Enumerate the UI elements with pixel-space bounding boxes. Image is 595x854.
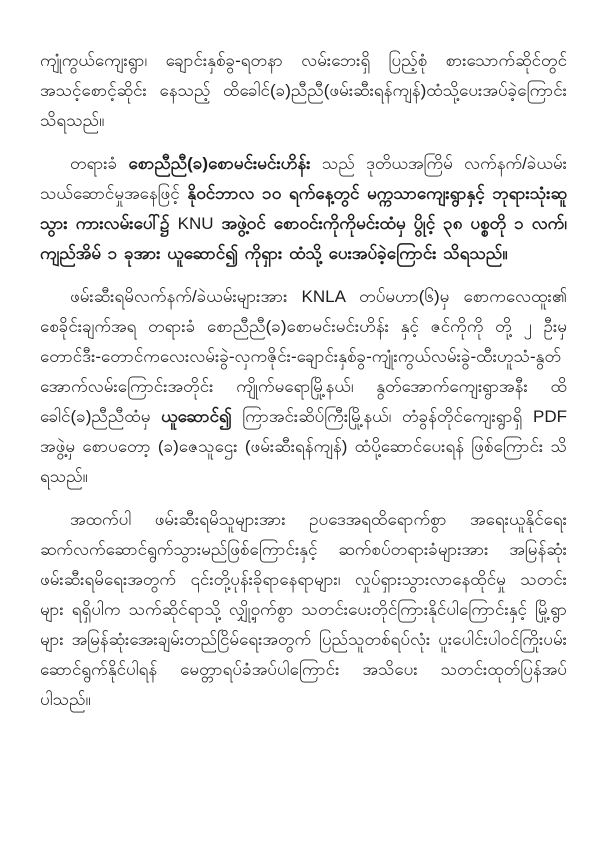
paragraph-1: ကျုံကွယ်ကျေးရွာ၊ ချောင်းနှစ်ခွ-ရတနာ လမ်း… bbox=[40, 46, 567, 136]
text-run: KNU bbox=[170, 214, 222, 233]
paragraph-2: တရားခံ စောညီညီ(ခ)စောမင်းမင်းဟိန်း သည် ဒု… bbox=[40, 149, 567, 269]
document-body: ကျုံကွယ်ကျေးရွာ၊ ချောင်းနှစ်ခွ-ရတနာ လမ်း… bbox=[40, 46, 567, 715]
text-run: ဖမ်းဆီးရမိလက်နက်/ခဲယမ်းများအား KNLA တပ်မ… bbox=[40, 287, 567, 426]
paragraph-4: အထက်ပါ ဖမ်းဆီးရမိသူများအား ဥပဒေအရထိရောက်… bbox=[40, 505, 567, 715]
document-page: ကျုံကွယ်ကျေးရွာ၊ ချောင်းနှစ်ခွ-ရတနာ လမ်း… bbox=[0, 0, 595, 854]
text-run-bold: ယူဆောင်၍ bbox=[161, 407, 232, 426]
text-run: အထက်ပါ ဖမ်းဆီးရမိသူများအား ဥပဒေအရထိရောက်… bbox=[40, 510, 567, 709]
text-run: ကျုံကွယ်ကျေးရွာ၊ ချောင်းနှစ်ခွ-ရတနာ လမ်း… bbox=[40, 51, 567, 130]
paragraph-3: ဖမ်းဆီးရမိလက်နက်/ခဲယမ်းများအား KNLA တပ်မ… bbox=[40, 282, 567, 492]
text-run: တရားခံ bbox=[70, 154, 129, 173]
text-run-bold: စောညီညီ(ခ)စောမင်းမင်းဟိန်း bbox=[129, 154, 311, 173]
